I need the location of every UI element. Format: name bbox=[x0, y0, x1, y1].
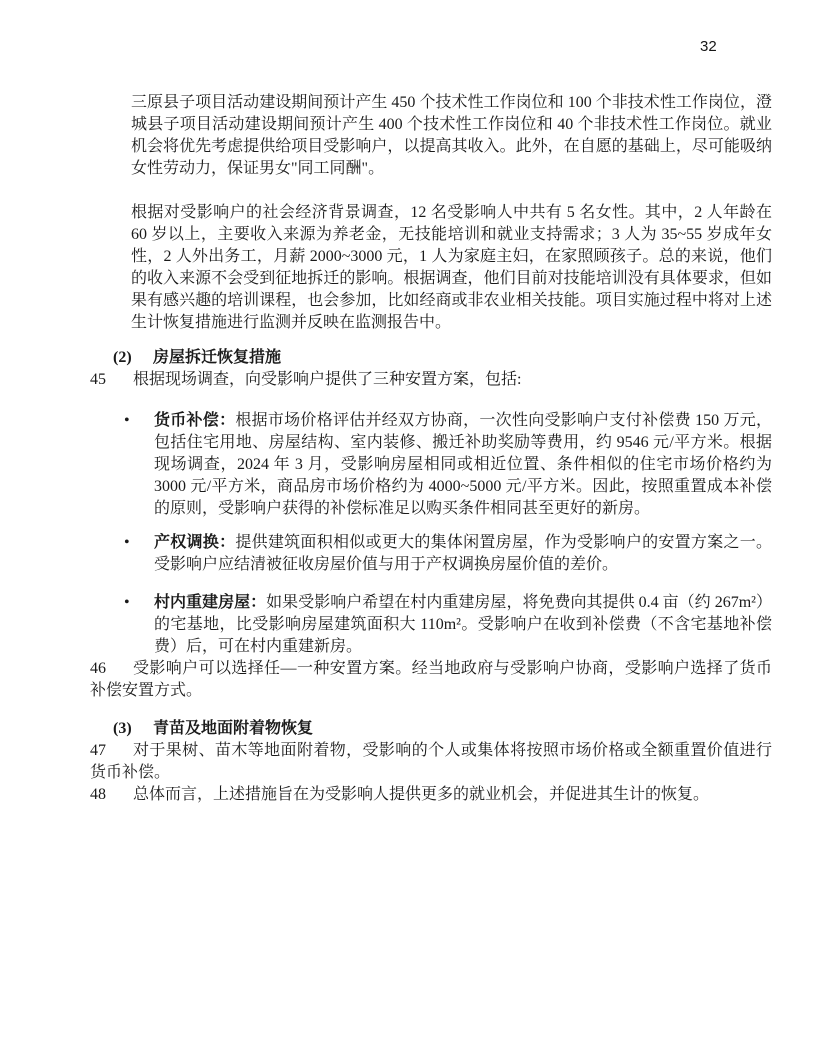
bullet-label: 村内重建房屋： bbox=[154, 594, 266, 611]
bullet-item-village-rebuild: • 村内重建房屋：如果受影响户希望在村内重建房屋，将免费向其提供 0.4 亩（约… bbox=[90, 592, 772, 658]
bullet-icon: • bbox=[124, 592, 130, 614]
paragraph-number: 47 bbox=[90, 740, 106, 762]
document-page: 32 三原县子项目活动建设期间预计产生 450 个技术性工作岗位和 100 个非… bbox=[0, 0, 816, 1056]
paragraph-48: 48总体而言，上述措施旨在为受影响人提供更多的就业机会，并促进其生计的恢复。 bbox=[90, 784, 772, 806]
bullet-item-cash-compensation: • 货币补偿：根据市场价格评估并经双方协商，一次性向受影响户支付补偿费 150 … bbox=[90, 410, 772, 520]
page-number: 32 bbox=[700, 38, 717, 55]
bullet-text: 提供建筑面积相似或更大的集体闲置房屋，作为受影响户的安置方案之一。受影响户应结清… bbox=[154, 534, 772, 573]
section-heading-housing: (2)房屋拆迁恢复措施 bbox=[90, 347, 772, 369]
section-title: 青苗及地面附着物恢复 bbox=[153, 720, 313, 737]
paragraph-text: 对于果树、苗木等地面附着物，受影响的个人或集体将按照市场价格或全额重置价值进行货… bbox=[90, 742, 772, 781]
paragraph-text: 受影响户可以选择任—一种安置方案。经当地政府与受影响户协商，受影响户选择了货币补… bbox=[90, 660, 772, 699]
paragraph-number: 45 bbox=[90, 369, 106, 391]
paragraph-text: 总体而言，上述措施旨在为受影响人提供更多的就业机会，并促进其生计的恢复。 bbox=[133, 786, 709, 803]
paragraph-number: 46 bbox=[90, 658, 106, 680]
paragraph-47: 47对于果树、苗木等地面附着物，受影响的个人或集体将按照市场价格或全额重置价值进… bbox=[90, 740, 772, 784]
document-content: 三原县子项目活动建设期间预计产生 450 个技术性工作岗位和 100 个非技术性… bbox=[90, 92, 772, 806]
bullet-icon: • bbox=[124, 532, 130, 554]
paragraph-number: 48 bbox=[90, 784, 106, 806]
paragraph-46: 46受影响户可以选择任—一种安置方案。经当地政府与受影响户协商，受影响户选择了货… bbox=[90, 658, 772, 702]
paragraph-socioeconomic-survey: 根据对受影响户的社会经济背景调查，12 名受影响人中共有 5 名女性。其中，2 … bbox=[90, 202, 772, 334]
bullet-label: 产权调换： bbox=[154, 534, 235, 551]
bullet-label: 货币补偿： bbox=[154, 412, 235, 429]
bullet-text: 根据市场价格评估并经双方协商，一次性向受影响户支付补偿费 150 万元，包括住宅… bbox=[154, 412, 772, 517]
section-title: 房屋拆迁恢复措施 bbox=[153, 349, 281, 366]
section-label: (3) bbox=[113, 718, 153, 740]
bullet-item-property-exchange: • 产权调换：提供建筑面积相似或更大的集体闲置房屋，作为受影响户的安置方案之一。… bbox=[90, 532, 772, 576]
paragraph-45: 45根据现场调查，向受影响户提供了三种安置方案，包括: bbox=[90, 369, 772, 391]
paragraph-text: 根据现场调查，向受影响户提供了三种安置方案，包括: bbox=[133, 371, 521, 388]
bullet-icon: • bbox=[124, 410, 130, 432]
paragraph-job-creation: 三原县子项目活动建设期间预计产生 450 个技术性工作岗位和 100 个非技术性… bbox=[90, 92, 772, 180]
section-heading-crops: (3)青苗及地面附着物恢复 bbox=[90, 718, 772, 740]
section-label: (2) bbox=[113, 347, 153, 369]
